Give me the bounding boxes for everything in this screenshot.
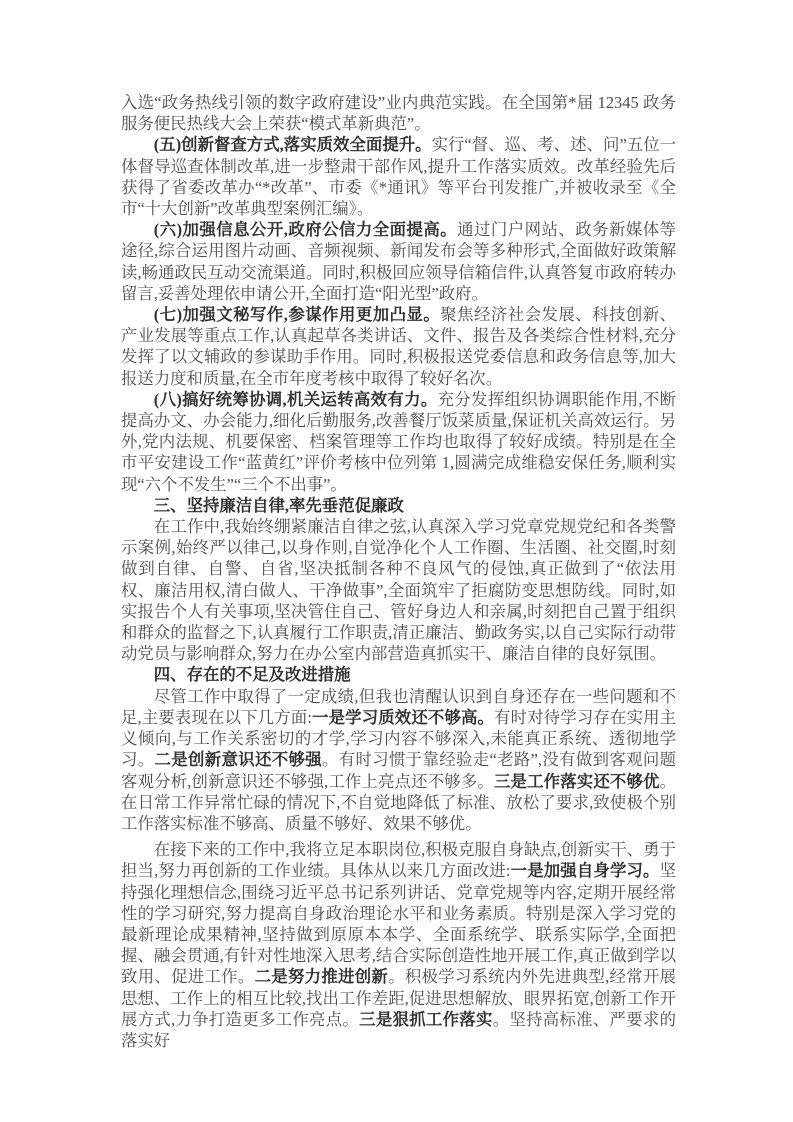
bold-text-run: 三、坚持廉洁自律,率先垂范促廉政 [154, 496, 404, 515]
bold-text-run: (八)搞好统筹协调,机关运转高效有力。 [154, 390, 438, 409]
bold-text-run: (六)加强信息公开,政府公信力全面提高。 [154, 220, 457, 239]
bold-text-run: 二是努力推进创新 [255, 967, 389, 986]
paragraph-section-3-body: 在工作中,我始终绷紧廉洁自律之弦,认真深入学习党章党规党纪和各类警示案例,始终严… [121, 516, 676, 664]
bold-text-run: (七)加强文秘写作,参谋作用更加凸显。 [154, 305, 440, 324]
bold-text-run: 四、存在的不足及改进措施 [154, 665, 351, 684]
paragraph-continuation: 入选“政务热线引领的数字政府建设”业内典范实践。在全国第*届 12345 政务服… [121, 92, 676, 134]
paragraph-item-8: (八)搞好统筹协调,机关运转高效有力。充分发挥组织协调职能作用,不断提高办文、办… [121, 389, 676, 495]
section-heading-4: 四、存在的不足及改进措施 [121, 664, 676, 685]
paragraph-item-7: (七)加强文秘写作,参谋作用更加凸显。聚焦经济社会发展、科技创新、产业发展等重点… [121, 304, 676, 389]
bold-text-run: 三是狠抓工作落实 [359, 1010, 493, 1029]
paragraph-item-5: (五)创新督查方式,落实质效全面提升。实行“督、巡、考、述、问”五位一体督导巡查… [121, 134, 676, 219]
paragraph-improvements: 在接下来的工作中,我将立足本职岗位,积极克服自身缺点,创新实干、勇于担当,努力再… [121, 839, 676, 1051]
bold-text-run: 一是学习质效还不够高。 [312, 708, 494, 727]
paragraph-item-6: (六)加强信息公开,政府公信力全面提高。通过门户网站、政务新媒体等途径,综合运用… [121, 219, 676, 304]
paragraph-shortcomings: 尽管工作中取得了一定成绩,但我也清醒认识到自身还存在一些问题和不足,主要表现在以… [121, 686, 676, 834]
bold-text-run: (五)创新督查方式,落实质效全面提升。 [154, 135, 432, 154]
document-page: 入选“政务热线引领的数字政府建设”业内典范实践。在全国第*届 12345 政务服… [0, 0, 793, 1122]
bold-text-run: 三是工作落实还不够优 [494, 772, 660, 791]
document-body: 入选“政务热线引领的数字政府建设”业内典范实践。在全国第*届 12345 政务服… [121, 92, 676, 1051]
section-heading-3: 三、坚持廉洁自律,率先垂范促廉政 [121, 495, 676, 516]
text-run: 在工作中,我始终绷紧廉洁自律之弦,认真深入学习党章党规党纪和各类警示案例,始终严… [121, 517, 676, 663]
bold-text-run: 一是加强自身学习。 [510, 861, 659, 880]
bold-text-run: 二是创新意识还不够强 [155, 750, 323, 769]
text-run: 入选“政务热线引领的数字政府建设”业内典范实践。在全国第*届 12345 政务服… [121, 93, 676, 133]
